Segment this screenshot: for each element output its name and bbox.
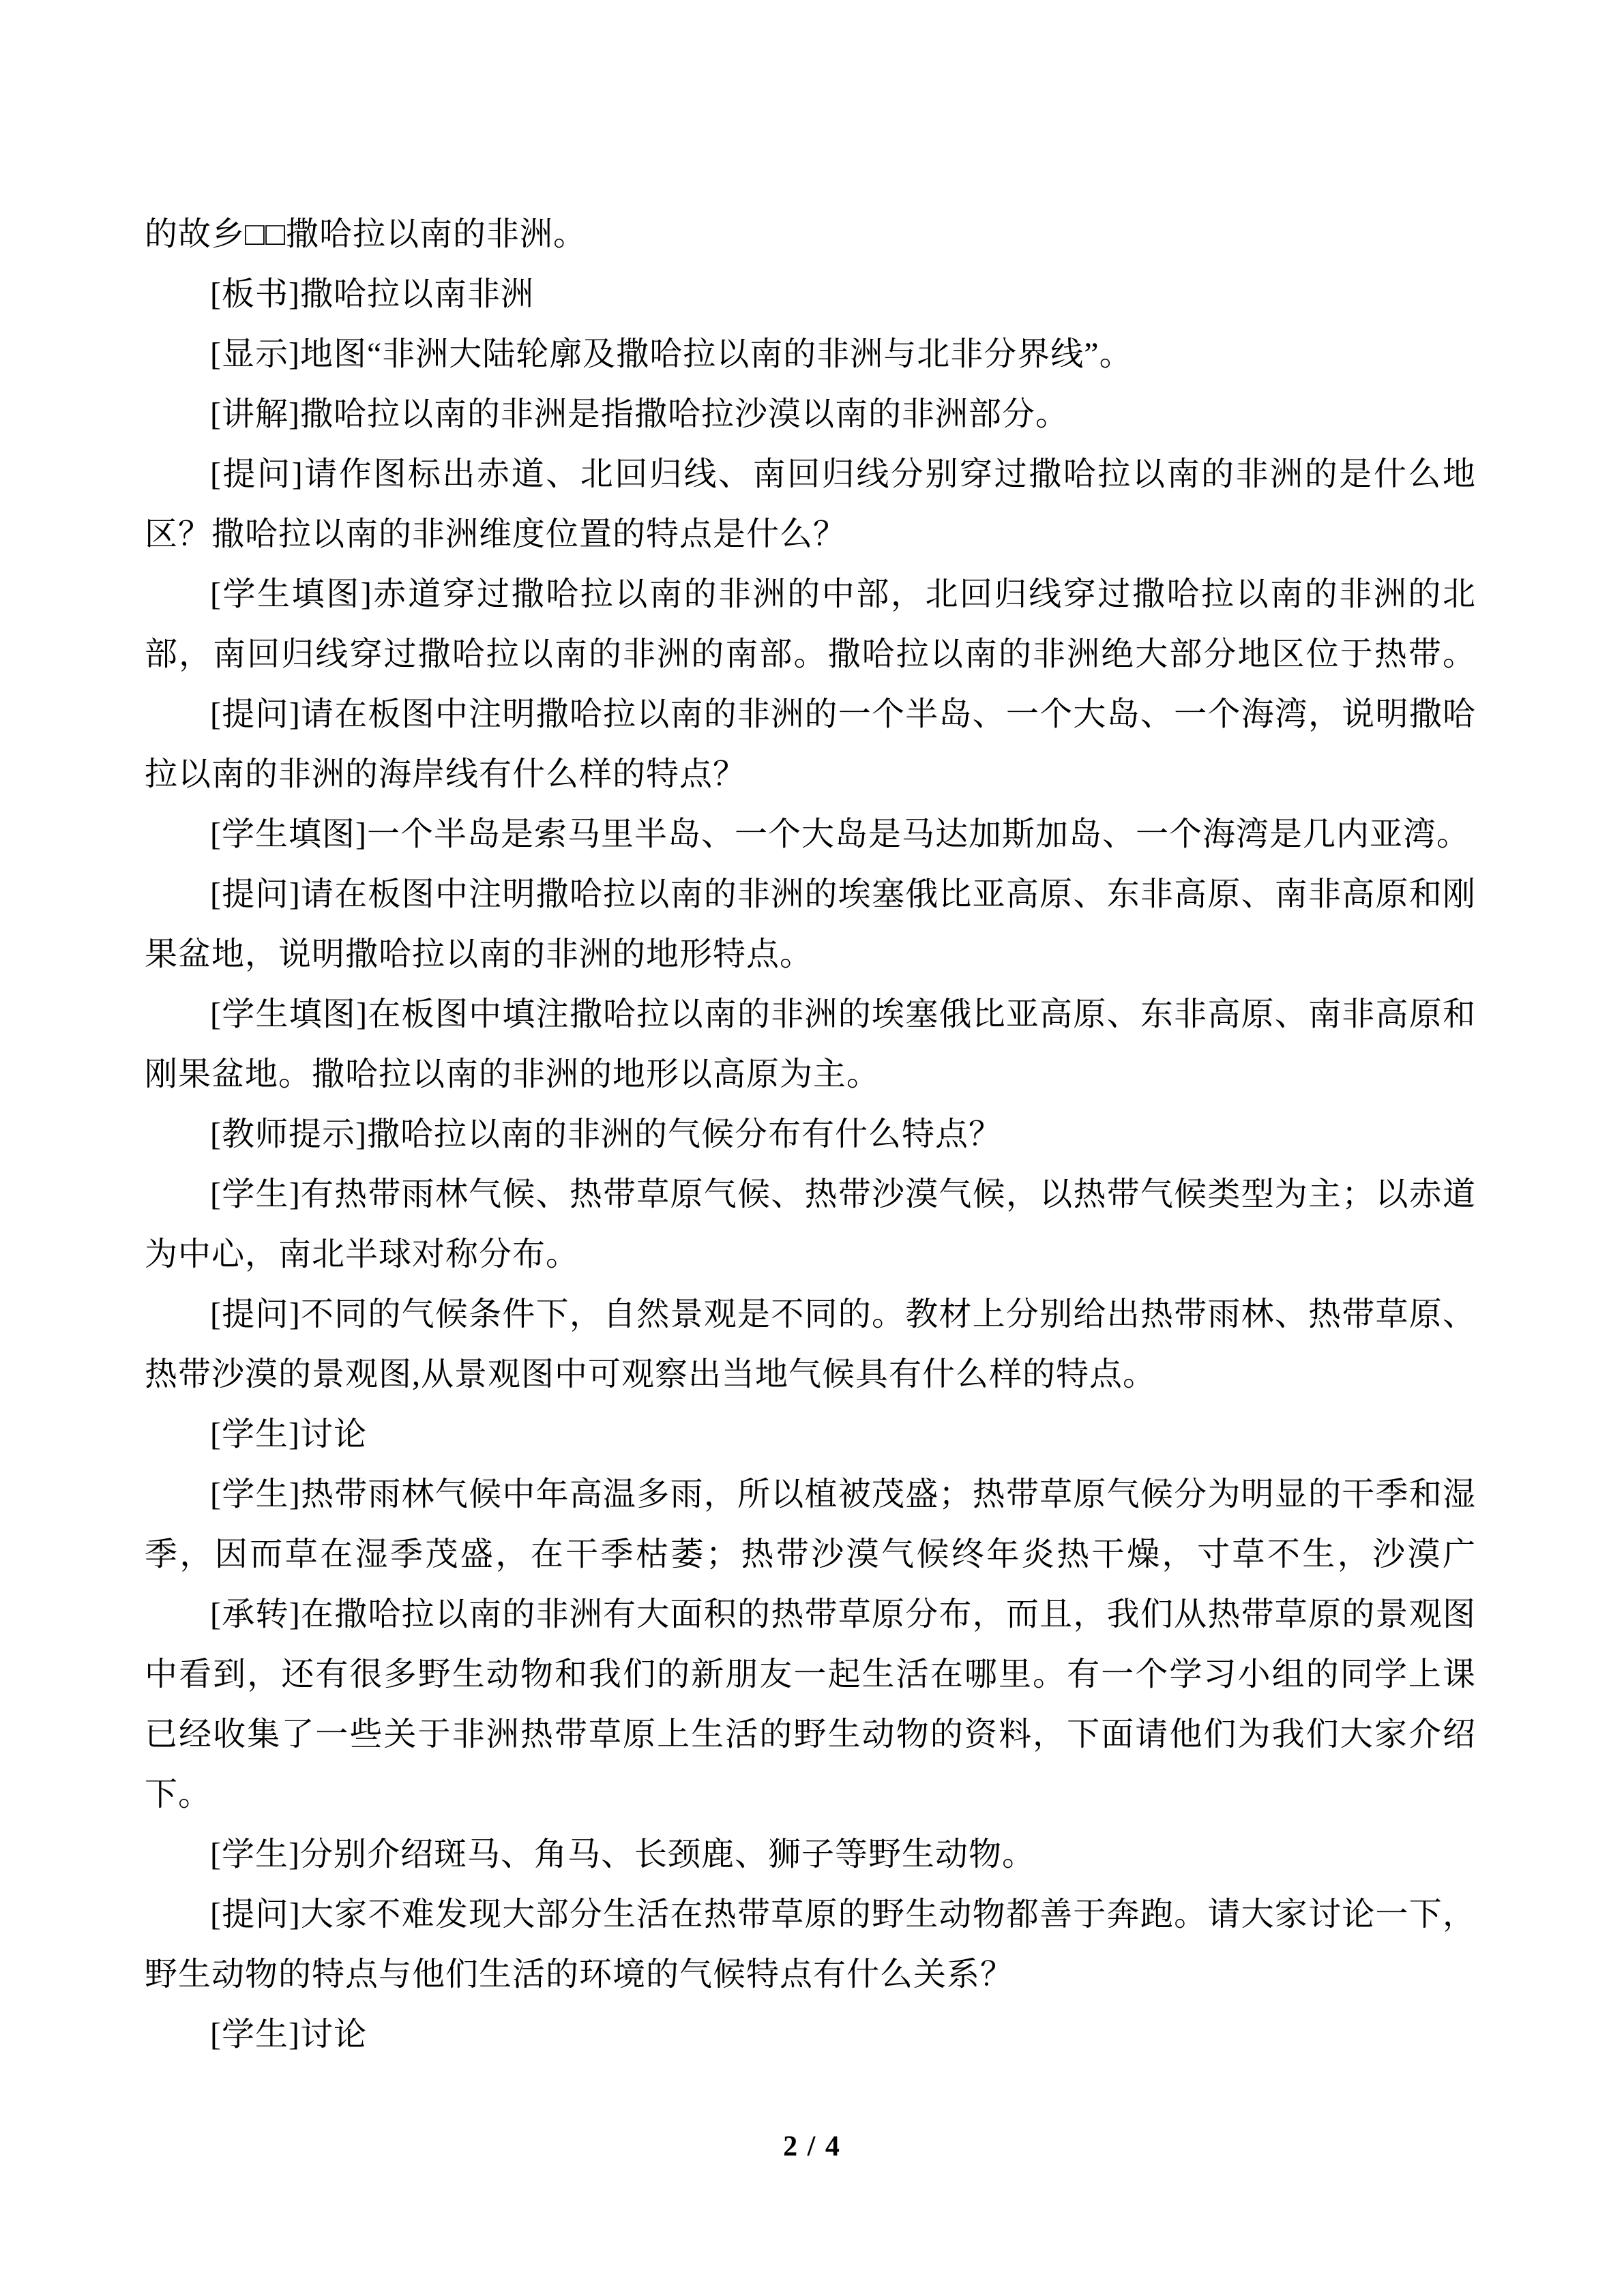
text-line: 季，因而草在湿季茂盛，在干季枯萎；热带沙漠气候终年炎热干燥，寸草不生，沙漠广布。 [145,1525,1476,1585]
text-line: [承转]在撒哈拉以南的非洲有大面积的热带草原分布，而且，我们从热带草原的景观图 [145,1585,1476,1645]
text-line: 果盆地，说明撒哈拉以南的非洲的地形特点。 [145,925,1476,985]
document-body: 的故乡□□撒哈拉以南的非洲。 [板书]撒哈拉以南非洲 [显示]地图“非洲大陆轮廓… [145,205,1476,2065]
text-line: 的故乡□□撒哈拉以南的非洲。 [145,205,1476,265]
text-line: [提问]请在板图中注明撒哈拉以南的非洲的埃塞俄比亚高原、东非高原、南非高原和刚 [145,865,1476,925]
text-line: 已经收集了一些关于非洲热带草原上生活的野生动物的资料，下面请他们为我们大家介绍一 [145,1705,1476,1765]
text-line: 拉以南的非洲的海岸线有什么样的特点？ [145,745,1476,805]
text-line: 部，南回归线穿过撒哈拉以南的非洲的南部。撒哈拉以南的非洲绝大部分地区位于热带。 [145,625,1476,685]
text-line: [教师提示]撒哈拉以南的非洲的气候分布有什么特点？ [145,1105,1476,1165]
text-line: 野生动物的特点与他们生活的环境的气候特点有什么关系？ [145,1945,1476,2005]
text-line: [学生填图]赤道穿过撒哈拉以南的非洲的中部，北回归线穿过撒哈拉以南的非洲的北 [145,565,1476,625]
text-line: [学生]讨论 [145,1405,1476,1465]
text-line: 下。 [145,1765,1476,1825]
text-line: 刚果盆地。撒哈拉以南的非洲的地形以高原为主。 [145,1045,1476,1105]
text-line: [提问]请作图标出赤道、北回归线、南回归线分别穿过撒哈拉以南的非洲的是什么地 [145,445,1476,505]
text-line: [学生填图]在板图中填注撒哈拉以南的非洲的埃塞俄比亚高原、东非高原、南非高原和 [145,985,1476,1045]
text-line: [学生]讨论 [145,2005,1476,2065]
text-line: [显示]地图“非洲大陆轮廓及撒哈拉以南的非洲与北非分界线”。 [145,325,1476,385]
text-line: [讲解]撒哈拉以南的非洲是指撒哈拉沙漠以南的非洲部分。 [145,385,1476,445]
document-page: 的故乡□□撒哈拉以南的非洲。 [板书]撒哈拉以南非洲 [显示]地图“非洲大陆轮廓… [0,0,1624,2296]
page-number: 2 / 4 [0,2117,1624,2177]
text-line: [学生]热带雨林气候中年高温多雨，所以植被茂盛；热带草原气候分为明显的干季和湿 [145,1465,1476,1525]
text-line: 热带沙漠的景观图,从景观图中可观察出当地气候具有什么样的特点。 [145,1345,1476,1405]
text-line: [板书]撒哈拉以南非洲 [145,265,1476,325]
text-line: [提问]大家不难发现大部分生活在热带草原的野生动物都善于奔跑。请大家讨论一下， [145,1885,1476,1945]
text-line: [学生]有热带雨林气候、热带草原气候、热带沙漠气候，以热带气候类型为主；以赤道 [145,1165,1476,1225]
text-line: 中看到，还有很多野生动物和我们的新朋友一起生活在哪里。有一个学习小组的同学上课前 [145,1645,1476,1705]
text-line: [学生]分别介绍斑马、角马、长颈鹿、狮子等野生动物。 [145,1825,1476,1885]
text-line: [学生填图]一个半岛是索马里半岛、一个大岛是马达加斯加岛、一个海湾是几内亚湾。 [145,805,1476,865]
text-line: [提问]不同的气候条件下，自然景观是不同的。教材上分别给出热带雨林、热带草原、 [145,1285,1476,1345]
text-line: 为中心，南北半球对称分布。 [145,1225,1476,1285]
text-line: 区？撒哈拉以南的非洲维度位置的特点是什么？ [145,505,1476,565]
text-line: [提问]请在板图中注明撒哈拉以南的非洲的一个半岛、一个大岛、一个海湾，说明撒哈 [145,685,1476,745]
